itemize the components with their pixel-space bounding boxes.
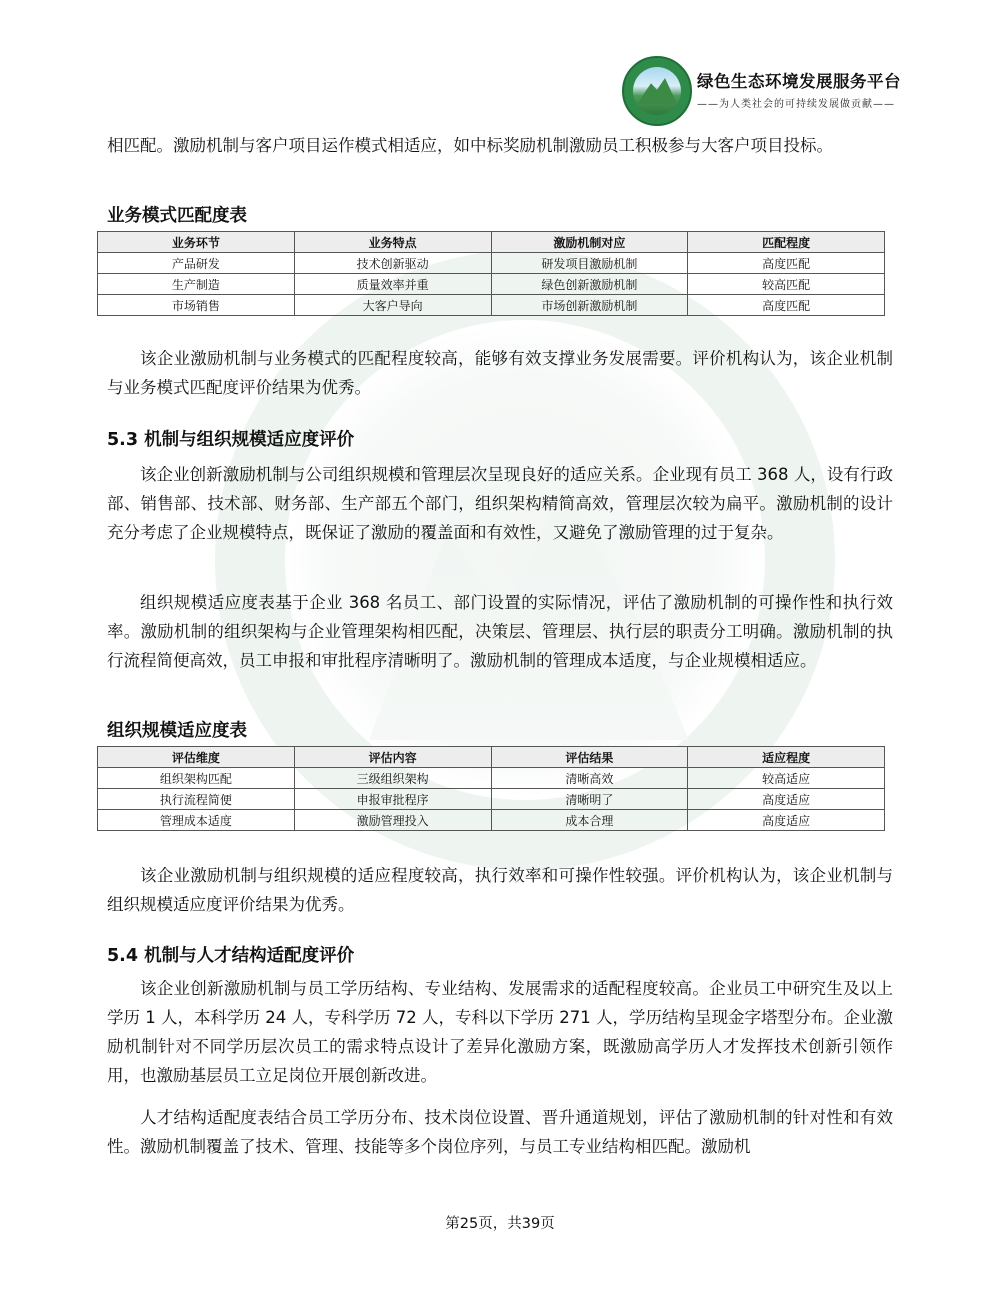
table-cell: 市场销售 bbox=[98, 295, 295, 316]
section-5-4-paragraph-2: 人才结构适配度表结合员工学历分布、技术岗位设置、晋升通道规划，评估了激励机制的针… bbox=[107, 1103, 893, 1161]
section-5-4-paragraph-1: 该企业创新激励机制与员工学历结构、专业结构、发展需求的适配程度较高。企业员工中研… bbox=[107, 974, 893, 1090]
table-cell: 三级组织架构 bbox=[294, 768, 491, 789]
table-cell: 较高适应 bbox=[688, 768, 885, 789]
platform-name: 绿色生态环境发展服务平台 bbox=[697, 68, 901, 92]
table-cell: 执行流程简便 bbox=[98, 789, 295, 810]
table-header-cell: 业务环节 bbox=[98, 232, 295, 253]
table-cell: 大客户导向 bbox=[294, 295, 491, 316]
table-cell: 申报审批程序 bbox=[294, 789, 491, 810]
table1-title: 业务模式匹配度表 bbox=[107, 202, 247, 227]
table-header-cell: 业务特点 bbox=[294, 232, 491, 253]
section-5-3-title: 5.3 机制与组织规模适应度评价 bbox=[107, 426, 354, 451]
table-cell: 组织架构匹配 bbox=[98, 768, 295, 789]
table-cell: 清晰高效 bbox=[491, 768, 688, 789]
table-cell: 研发项目激励机制 bbox=[491, 253, 688, 274]
table-row: 管理成本适度 激励管理投入 成本合理 高度适应 bbox=[98, 810, 885, 831]
table-cell: 绿色创新激励机制 bbox=[491, 274, 688, 295]
table-cell: 高度匹配 bbox=[688, 253, 885, 274]
table-header-row: 评估维度 评估内容 评估结果 适应程度 bbox=[98, 747, 885, 768]
section-5-4-title: 5.4 机制与人才结构适配度评价 bbox=[107, 942, 354, 967]
table-cell: 生产制造 bbox=[98, 274, 295, 295]
page-indicator: 第25页，共39页 bbox=[0, 1212, 1000, 1233]
business-model-match-table: 业务环节 业务特点 激励机制对应 匹配程度 产品研发 技术创新驱动 研发项目激励… bbox=[97, 231, 885, 316]
org-scale-fit-table: 评估维度 评估内容 评估结果 适应程度 组织架构匹配 三级组织架构 清晰高效 较… bbox=[97, 746, 885, 831]
table-row: 产品研发 技术创新驱动 研发项目激励机制 高度匹配 bbox=[98, 253, 885, 274]
table2-title: 组织规模适应度表 bbox=[107, 717, 247, 742]
section-5-3-paragraph-2: 组织规模适应度表基于企业 368 名员工、部门设置的实际情况，评估了激励机制的可… bbox=[107, 588, 893, 675]
table-cell: 产品研发 bbox=[98, 253, 295, 274]
table-cell: 质量效率并重 bbox=[294, 274, 491, 295]
table-cell: 清晰明了 bbox=[491, 789, 688, 810]
table-cell: 市场创新激励机制 bbox=[491, 295, 688, 316]
table-cell: 管理成本适度 bbox=[98, 810, 295, 831]
table-row: 市场销售 大客户导向 市场创新激励机制 高度匹配 bbox=[98, 295, 885, 316]
table-row: 执行流程简便 申报审批程序 清晰明了 高度适应 bbox=[98, 789, 885, 810]
table-row: 组织架构匹配 三级组织架构 清晰高效 较高适应 bbox=[98, 768, 885, 789]
table-header-row: 业务环节 业务特点 激励机制对应 匹配程度 bbox=[98, 232, 885, 253]
paragraph-continued: 相匹配。激励机制与客户项目运作模式相适应，如中标奖励机制激励员工积极参与大客户项… bbox=[107, 131, 893, 160]
table-header-cell: 评估内容 bbox=[294, 747, 491, 768]
paragraph-table1-conclusion: 该企业激励机制与业务模式的匹配程度较高，能够有效支撑业务发展需要。评价机构认为，… bbox=[107, 344, 893, 402]
table-cell: 激励管理投入 bbox=[294, 810, 491, 831]
table-cell: 高度适应 bbox=[688, 810, 885, 831]
platform-slogan: ——为人类社会的可持续发展做贡献—— bbox=[697, 95, 895, 110]
table-cell: 高度适应 bbox=[688, 789, 885, 810]
table-cell: 成本合理 bbox=[491, 810, 688, 831]
section-5-3-paragraph-1: 该企业创新激励机制与公司组织规模和管理层次呈现良好的适应关系。企业现有员工 36… bbox=[107, 460, 893, 547]
document-page: 绿色生态环境发展服务平台 ——为人类社会的可持续发展做贡献—— 相匹配。激励机制… bbox=[0, 0, 1000, 1294]
table-cell: 高度匹配 bbox=[688, 295, 885, 316]
table-cell: 技术创新驱动 bbox=[294, 253, 491, 274]
table-header-cell: 评估结果 bbox=[491, 747, 688, 768]
table-cell: 较高匹配 bbox=[688, 274, 885, 295]
table-header-cell: 匹配程度 bbox=[688, 232, 885, 253]
platform-logo-icon bbox=[622, 56, 692, 126]
table-header-cell: 适应程度 bbox=[688, 747, 885, 768]
paragraph-table2-conclusion: 该企业激励机制与组织规模的适应程度较高，执行效率和可操作性较强。评价机构认为，该… bbox=[107, 861, 893, 919]
table-row: 生产制造 质量效率并重 绿色创新激励机制 较高匹配 bbox=[98, 274, 885, 295]
table-header-cell: 评估维度 bbox=[98, 747, 295, 768]
table-header-cell: 激励机制对应 bbox=[491, 232, 688, 253]
